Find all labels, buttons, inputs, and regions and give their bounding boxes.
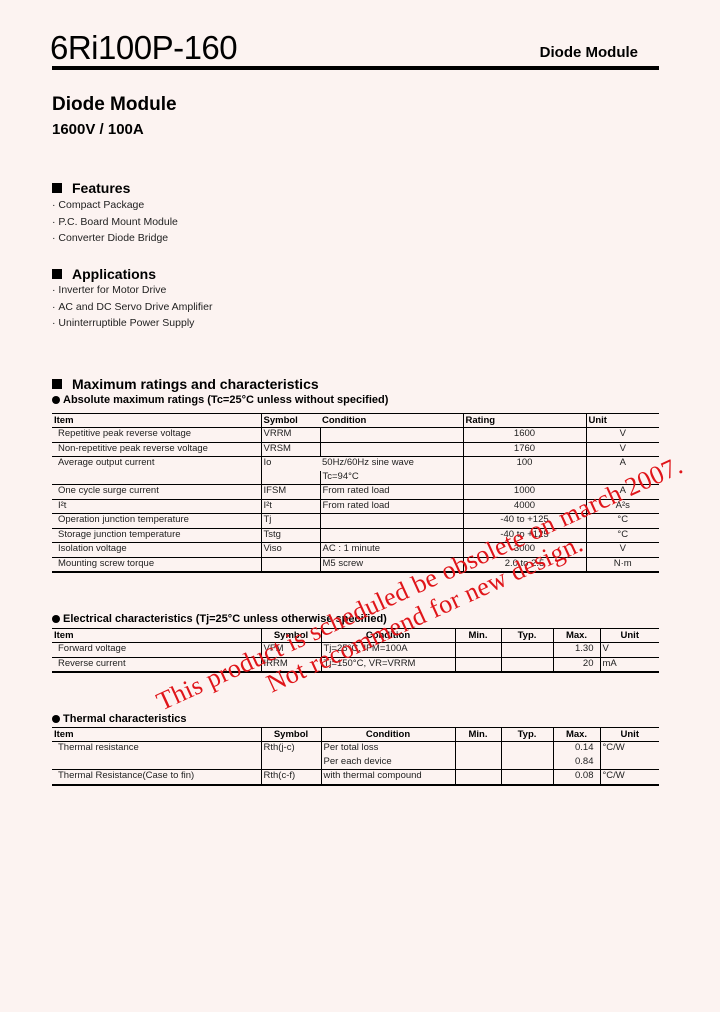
cell-symbol: Tj	[261, 514, 320, 529]
header-rule	[52, 66, 659, 70]
cell-max: 0.08	[553, 770, 600, 785]
cell-max: 1.30	[553, 643, 600, 658]
cell-typ	[501, 770, 553, 785]
cell-rating	[463, 471, 586, 485]
absolute-ratings-heading: Absolute maximum ratings (Tc=25°C unless…	[52, 394, 388, 406]
cell-min	[455, 657, 501, 672]
application-item: AC and DC Servo Drive Amplifier	[52, 299, 212, 316]
square-bullet-icon	[52, 269, 62, 279]
cell-max: 0.84	[553, 756, 600, 770]
application-item: Uninterruptible Power Supply	[52, 315, 212, 332]
cell-rating: 100	[463, 457, 586, 471]
cell-symbol: I²t	[261, 499, 320, 514]
square-bullet-icon	[52, 379, 62, 389]
circle-bullet-icon	[52, 715, 60, 723]
cell-symbol	[261, 756, 321, 770]
cell-item: Thermal resistance	[52, 742, 261, 756]
table-row: Tc=94°C	[52, 471, 659, 485]
circle-bullet-icon	[52, 615, 60, 623]
cell-item: One cycle surge current	[52, 485, 261, 500]
col-header-condition: Condition	[321, 728, 455, 742]
cell-min	[455, 770, 501, 785]
col-header-item: Item	[52, 629, 261, 643]
cell-symbol	[261, 557, 320, 572]
cell-condition: Tc=94°C	[320, 471, 463, 485]
cell-condition: with thermal compound	[321, 770, 455, 785]
col-header-typ: Typ.	[501, 629, 553, 643]
table-row: Average output currentIo50Hz/60Hz sine w…	[52, 457, 659, 471]
cell-symbol	[261, 471, 320, 485]
applications-section: Applications Inverter for Motor Drive AC…	[52, 266, 212, 332]
application-item: Inverter for Motor Drive	[52, 282, 212, 299]
cell-unit: N·m	[586, 557, 659, 572]
applications-list: Inverter for Motor Drive AC and DC Servo…	[52, 282, 212, 332]
thermal-table: Item Symbol Condition Min. Typ. Max. Uni…	[52, 727, 659, 786]
col-header-condition: Condition	[320, 414, 463, 428]
cell-item: Average output current	[52, 457, 261, 471]
table-row: Per each device0.84	[52, 756, 659, 770]
cell-item: Isolation voltage	[52, 543, 261, 558]
cell-rating: 1000	[463, 485, 586, 500]
col-header-unit: Unit	[600, 728, 659, 742]
cell-typ	[501, 756, 553, 770]
cell-min	[455, 756, 501, 770]
cell-rating: 1760	[463, 442, 586, 457]
cell-typ	[501, 657, 553, 672]
col-header-symbol: Symbol	[261, 414, 320, 428]
cell-condition: From rated load	[320, 485, 463, 500]
cell-condition	[320, 514, 463, 529]
cell-symbol: VRSM	[261, 442, 320, 457]
cell-rating: 1600	[463, 428, 586, 443]
cell-symbol: Io	[261, 457, 320, 471]
col-header-symbol: Symbol	[261, 728, 321, 742]
cell-unit: V	[586, 543, 659, 558]
cell-symbol: Rth(c-f)	[261, 770, 321, 785]
cell-unit: °C/W	[600, 770, 659, 785]
cell-unit	[600, 756, 659, 770]
feature-item: Converter Diode Bridge	[52, 230, 178, 247]
cell-unit: V	[586, 442, 659, 457]
col-header-item: Item	[52, 728, 261, 742]
col-header-min: Min.	[455, 728, 501, 742]
cell-condition: 50Hz/60Hz sine wave	[320, 457, 463, 471]
cell-condition: From rated load	[320, 499, 463, 514]
absolute-ratings-heading-text: Absolute maximum ratings (Tc=25°C unless…	[63, 394, 388, 406]
header-category: Diode Module	[540, 44, 638, 61]
cell-item: Thermal Resistance(Case to fin)	[52, 770, 261, 785]
cell-condition	[320, 428, 463, 443]
table-row: Repetitive peak reverse voltageVRRM1600V	[52, 428, 659, 443]
table-row: Thermal resistanceRth(j-c)Per total loss…	[52, 742, 659, 756]
cell-typ	[501, 643, 553, 658]
col-header-max: Max.	[553, 728, 600, 742]
cell-condition: Per each device	[321, 756, 455, 770]
cell-item: Mounting screw torque	[52, 557, 261, 572]
cell-typ	[501, 742, 553, 756]
cell-unit: mA	[600, 657, 659, 672]
cell-item	[52, 471, 261, 485]
cell-symbol: Viso	[261, 543, 320, 558]
cell-unit: V	[600, 643, 659, 658]
table-header-row: Item Symbol Condition Min. Typ. Max. Uni…	[52, 728, 659, 742]
cell-condition: AC : 1 minute	[320, 543, 463, 558]
part-number: 6Ri100P-160	[50, 28, 237, 68]
col-header-unit: Unit	[586, 414, 659, 428]
features-heading: Features	[52, 180, 178, 196]
feature-item: P.C. Board Mount Module	[52, 214, 178, 231]
table-row: Thermal Resistance(Case to fin)Rth(c-f)w…	[52, 770, 659, 785]
cell-item	[52, 756, 261, 770]
cell-condition	[320, 442, 463, 457]
cell-symbol: IFSM	[261, 485, 320, 500]
features-heading-text: Features	[72, 180, 130, 196]
cell-item: Repetitive peak reverse voltage	[52, 428, 261, 443]
applications-heading-text: Applications	[72, 266, 156, 282]
applications-heading: Applications	[52, 266, 212, 282]
circle-bullet-icon	[52, 396, 60, 404]
cell-symbol: Rth(j-c)	[261, 742, 321, 756]
features-section: Features Compact Package P.C. Board Moun…	[52, 180, 178, 247]
col-header-unit: Unit	[600, 629, 659, 643]
cell-item: I²t	[52, 499, 261, 514]
cell-condition: Per total loss	[321, 742, 455, 756]
cell-min	[455, 643, 501, 658]
col-header-item: Item	[52, 414, 261, 428]
page-subtitle: 1600V / 100A	[52, 121, 144, 138]
max-ratings-heading: Maximum ratings and characteristics	[52, 376, 319, 392]
cell-symbol: Tstg	[261, 528, 320, 543]
max-ratings-heading-text: Maximum ratings and characteristics	[72, 376, 319, 392]
cell-item: Operation junction temperature	[52, 514, 261, 529]
col-header-typ: Typ.	[501, 728, 553, 742]
cell-unit: °C/W	[600, 742, 659, 756]
cell-max: 0.14	[553, 742, 600, 756]
cell-max: 20	[553, 657, 600, 672]
cell-item: Non-repetitive peak reverse voltage	[52, 442, 261, 457]
col-header-rating: Rating	[463, 414, 586, 428]
feature-item: Compact Package	[52, 197, 178, 214]
square-bullet-icon	[52, 183, 62, 193]
table-row: Non-repetitive peak reverse voltageVRSM1…	[52, 442, 659, 457]
cell-unit: V	[586, 428, 659, 443]
table-header-row: Item Symbol Condition Rating Unit	[52, 414, 659, 428]
cell-min	[455, 742, 501, 756]
cell-symbol: VRRM	[261, 428, 320, 443]
table-row: One cycle surge currentIFSMFrom rated lo…	[52, 485, 659, 500]
cell-condition	[320, 528, 463, 543]
col-header-min: Min.	[455, 629, 501, 643]
col-header-max: Max.	[553, 629, 600, 643]
cell-unit: °C	[586, 528, 659, 543]
cell-item: Storage junction temperature	[52, 528, 261, 543]
page-title: Diode Module	[52, 94, 177, 116]
features-list: Compact Package P.C. Board Mount Module …	[52, 197, 178, 247]
